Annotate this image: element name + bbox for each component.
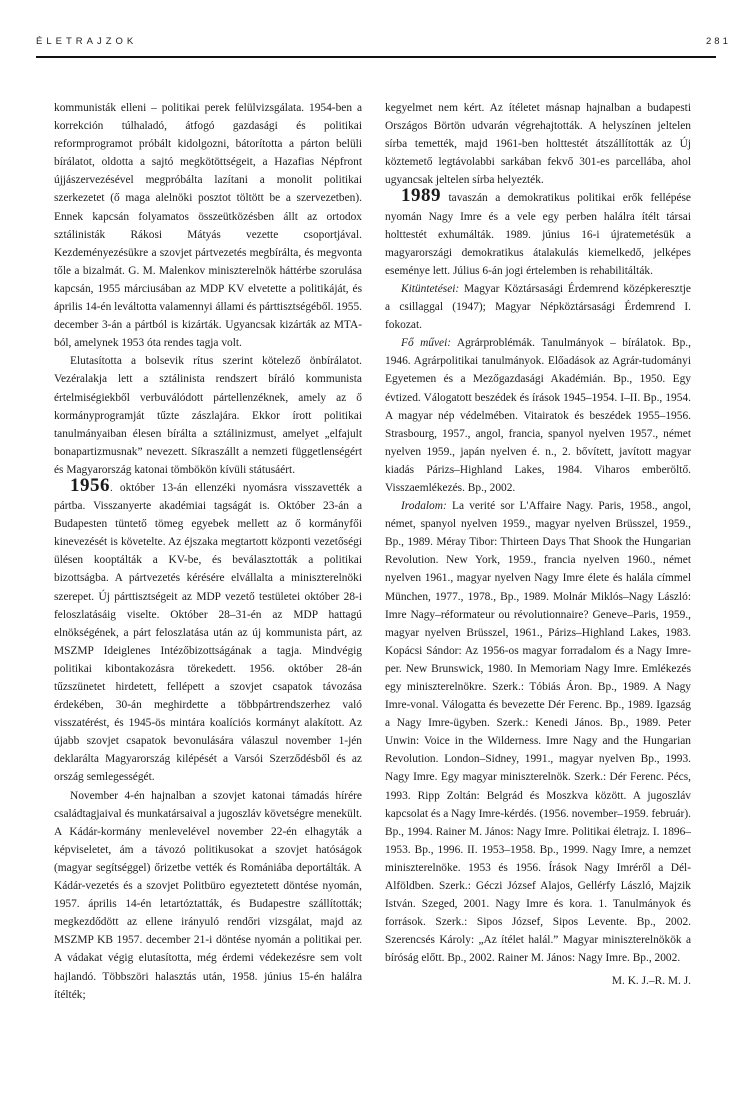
paragraph: kegyelmet nem kért. Az ítéletet másnap h… [385, 99, 691, 189]
paragraph: kommunisták elleni – politikai perek fel… [54, 99, 362, 352]
year-initial: 1989 [401, 185, 441, 206]
year-initial: 1956 [70, 475, 110, 496]
paragraph: 1989 tavaszán a demokratikus politikai e… [385, 189, 691, 279]
awards-paragraph: Kitüntetései: Magyar Köztársasági Érdemr… [385, 280, 691, 334]
works-label: Fő művei: [401, 337, 451, 349]
literature-paragraph: Irodalom: La verité sor L'Affaire Nagy. … [385, 497, 691, 967]
page-number: 281 [706, 36, 731, 47]
author-signature: M. K. J.–R. M. J. [385, 972, 691, 990]
section-title: ÉLETRAJZOK [36, 36, 137, 47]
paragraph: 1956. október 13-án ellenzéki nyomásra v… [54, 479, 362, 787]
paragraph: Elutasította a bolsevik rítus szerint kö… [54, 352, 362, 479]
header-rule [36, 56, 716, 58]
literature-label: Irodalom: [401, 500, 447, 512]
awards-label: Kitüntetései: [401, 283, 459, 295]
left-column: kommunisták elleni – politikai perek fel… [54, 99, 362, 1004]
right-column: kegyelmet nem kért. Az ítéletet másnap h… [385, 99, 691, 990]
works-paragraph: Fő művei: Agrárproblémák. Tanulmányok – … [385, 334, 691, 497]
paragraph: November 4-én hajnalban a szovjet katona… [54, 787, 362, 1004]
